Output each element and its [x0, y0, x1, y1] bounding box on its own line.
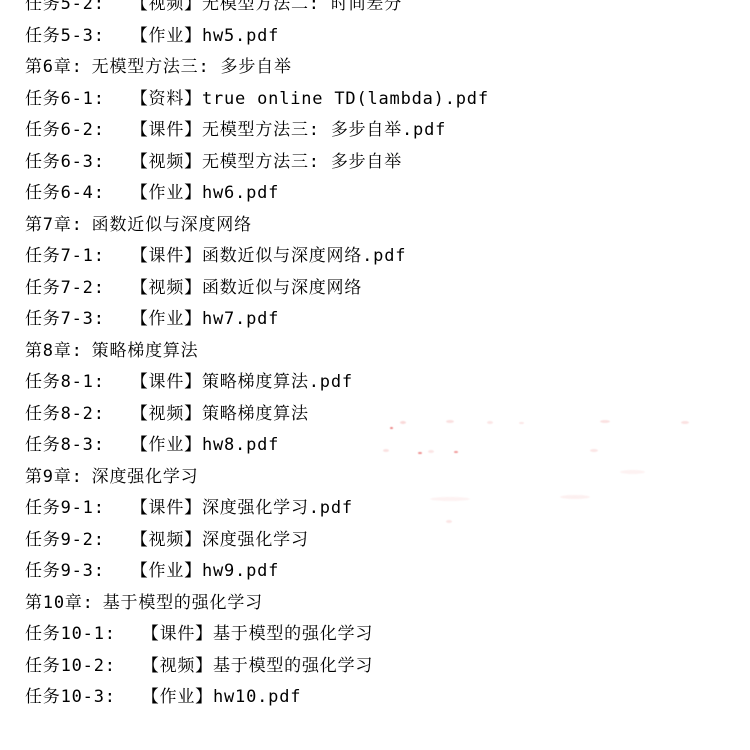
- task-title: 【资料】true online TD(lambda).pdf: [131, 89, 489, 109]
- chapter-id-label: 第8章:: [25, 336, 83, 368]
- task-row: 任务9-2:【视频】深度强化学习: [25, 525, 745, 557]
- task-row: 任务7-1:【课件】函数近似与深度网络.pdf: [25, 241, 745, 273]
- chapter-id-label: 第9章:: [25, 462, 83, 494]
- chapter-id-label: 第6章:: [25, 52, 83, 84]
- task-row: 任务6-1:【资料】true online TD(lambda).pdf: [25, 84, 745, 116]
- task-id-label: 任务5-3:: [25, 21, 105, 53]
- task-title: 【视频】基于模型的强化学习: [142, 656, 373, 676]
- chapter-row: 第8章:策略梯度算法: [25, 336, 745, 368]
- chapter-row: 第9章:深度强化学习: [25, 462, 745, 494]
- task-id-label: 任务6-2:: [25, 115, 105, 147]
- task-id-label: 任务10-2:: [25, 651, 116, 683]
- task-title: 【视频】深度强化学习: [131, 530, 309, 550]
- task-title: 【视频】策略梯度算法: [131, 404, 309, 424]
- task-title: 【作业】hw6.pdf: [131, 183, 279, 203]
- task-title: 【课件】策略梯度算法.pdf: [131, 372, 353, 392]
- course-task-list: 任务5-2:【视频】无模型方法二: 时间差分任务5-3:【作业】hw5.pdf第…: [25, 0, 745, 714]
- task-id-label: 任务8-3:: [25, 430, 105, 462]
- chapter-row: 第10章:基于模型的强化学习: [25, 588, 745, 620]
- task-row: 任务10-3:【作业】hw10.pdf: [25, 682, 745, 714]
- task-title: 【作业】hw9.pdf: [131, 561, 279, 581]
- chapter-title: 无模型方法三: 多步自举: [92, 57, 292, 77]
- task-id-label: 任务7-3:: [25, 304, 105, 336]
- task-title: 【视频】函数近似与深度网络: [131, 278, 362, 298]
- task-id-label: 任务9-3:: [25, 556, 105, 588]
- task-id-label: 任务9-2:: [25, 525, 105, 557]
- task-row: 任务5-3:【作业】hw5.pdf: [25, 21, 745, 53]
- task-title: 【作业】hw8.pdf: [131, 435, 279, 455]
- task-id-label: 任务5-2:: [25, 0, 105, 21]
- task-id-label: 任务7-2:: [25, 273, 105, 305]
- task-title: 【视频】无模型方法二: 时间差分: [131, 0, 402, 14]
- task-id-label: 任务7-1:: [25, 241, 105, 273]
- task-id-label: 任务6-1:: [25, 84, 105, 116]
- task-row: 任务8-1:【课件】策略梯度算法.pdf: [25, 367, 745, 399]
- task-row: 任务7-2:【视频】函数近似与深度网络: [25, 273, 745, 305]
- task-title: 【视频】无模型方法三: 多步自举: [131, 152, 402, 172]
- task-title: 【课件】基于模型的强化学习: [142, 624, 373, 644]
- task-title: 【作业】hw5.pdf: [131, 26, 279, 46]
- task-title: 【课件】深度强化学习.pdf: [131, 498, 353, 518]
- task-row: 任务7-3:【作业】hw7.pdf: [25, 304, 745, 336]
- task-id-label: 任务9-1:: [25, 493, 105, 525]
- task-title: 【作业】hw7.pdf: [131, 309, 279, 329]
- task-id-label: 任务8-1:: [25, 367, 105, 399]
- chapter-id-label: 第7章:: [25, 210, 83, 242]
- task-id-label: 任务6-4:: [25, 178, 105, 210]
- task-row: 任务5-2:【视频】无模型方法二: 时间差分: [25, 0, 745, 21]
- task-row: 任务6-2:【课件】无模型方法三: 多步自举.pdf: [25, 115, 745, 147]
- task-row: 任务10-1:【课件】基于模型的强化学习: [25, 619, 745, 651]
- chapter-title: 函数近似与深度网络: [92, 215, 252, 235]
- chapter-row: 第7章:函数近似与深度网络: [25, 210, 745, 242]
- task-row: 任务10-2:【视频】基于模型的强化学习: [25, 651, 745, 683]
- task-id-label: 任务10-1:: [25, 619, 116, 651]
- chapter-title: 深度强化学习: [92, 467, 199, 487]
- task-row: 任务9-3:【作业】hw9.pdf: [25, 556, 745, 588]
- chapter-id-label: 第10章:: [25, 588, 94, 620]
- task-row: 任务9-1:【课件】深度强化学习.pdf: [25, 493, 745, 525]
- task-row: 任务8-3:【作业】hw8.pdf: [25, 430, 745, 462]
- task-title: 【课件】无模型方法三: 多步自举.pdf: [131, 120, 446, 140]
- task-id-label: 任务6-3:: [25, 147, 105, 179]
- task-id-label: 任务8-2:: [25, 399, 105, 431]
- chapter-row: 第6章:无模型方法三: 多步自举: [25, 52, 745, 84]
- task-row: 任务8-2:【视频】策略梯度算法: [25, 399, 745, 431]
- task-id-label: 任务10-3:: [25, 682, 116, 714]
- task-row: 任务6-3:【视频】无模型方法三: 多步自举: [25, 147, 745, 179]
- chapter-title: 基于模型的强化学习: [103, 593, 263, 613]
- chapter-title: 策略梯度算法: [92, 341, 199, 361]
- task-title: 【课件】函数近似与深度网络.pdf: [131, 246, 407, 266]
- task-row: 任务6-4:【作业】hw6.pdf: [25, 178, 745, 210]
- task-title: 【作业】hw10.pdf: [142, 687, 301, 707]
